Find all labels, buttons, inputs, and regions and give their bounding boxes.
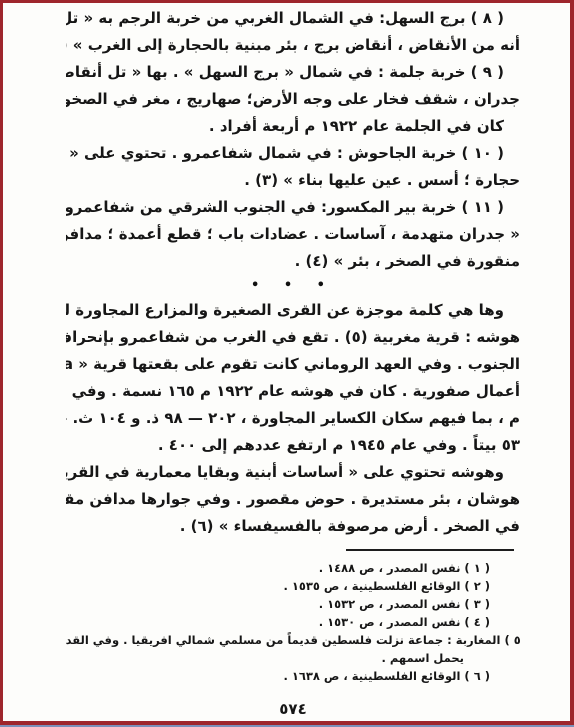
body-line: حجارة ؛ أسس . عين عليها بناء » (٣) .: [66, 167, 520, 194]
body-line: في الصخر . أرض مرصوفة بالفسيفساء » (٦) .: [66, 513, 520, 540]
footnotes-block: ( ١ ) نفس المصدر ، ص ١٤٨٨ . ( ٢ ) الوقائ…: [66, 559, 520, 685]
page-border-right: [570, 0, 574, 727]
body-line: وها هي كلمة موجزة عن القرى الصغيرة والمز…: [66, 297, 520, 324]
page-body: ( ٨ ) برج السهل: في الشمال الغربي من خرب…: [66, 5, 520, 720]
footnote-line: يحمل اسمهم .: [66, 649, 520, 667]
body-line: منقورة في الصخر ، بئر » (٤) .: [66, 248, 520, 275]
page-number: ٥٧٤: [66, 698, 520, 720]
page-border-left: [0, 0, 3, 727]
body-line: ( ١٠ ) خربة الجاحوش : في شمال شفاعمرو . …: [66, 140, 520, 167]
body-line: الجنوب . وفي العهد الروماني كانت تقوم عل…: [66, 351, 520, 378]
body-line: هوشان ، بئر مستديرة . حوض مقصور . وفي جو…: [66, 486, 520, 513]
footnote-line: ( ٣ ) نفس المصدر ، ص ١٥٣٢ .: [66, 595, 520, 613]
body-line: ( ٨ ) برج السهل: في الشمال الغربي من خرب…: [66, 5, 520, 32]
body-line: أعمال صفورية . كان في هوشه عام ١٩٢٢ م ١٦…: [66, 378, 520, 405]
footnote-line: ( ١ ) نفس المصدر ، ص ١٤٨٨ .: [66, 559, 520, 577]
page-border-top: [0, 0, 574, 3]
body-line: ٥٣ بيتاً . وفي عام ١٩٤٥ م ارتفع عددهم إل…: [66, 432, 520, 459]
footnote-divider: [346, 549, 514, 551]
body-line: ( ١١ ) خربة بير المكسور: في الجنوب الشرق…: [66, 194, 520, 221]
body-line: ( ٩ ) خربة جلمة : في شمال « برج السهل » …: [66, 59, 520, 86]
footnote-line: ( ٦ ) الوقائع الفلسطينية ، ص ١٦٣٨ .: [66, 667, 520, 685]
body-line: « جدران متهدمة ، آساسات . عضادات باب ؛ ق…: [66, 221, 520, 248]
body-line: وهوشه تحتوي على « أساسات أبنية وبقايا مع…: [66, 459, 520, 486]
body-line: أنه من الأنقاض ، أنقاض برج ، بئر مبنية ب…: [66, 32, 520, 59]
body-line: جدران ، شقف فخار على وجه الأرض؛ صهاريج ،…: [66, 86, 520, 113]
body-line: م ، بما فيهم سكان الكساير المجاورة ، ٢٠٢…: [66, 405, 520, 432]
body-line: هوشه : قرية مغربية (٥) . تقع في الغرب من…: [66, 324, 520, 351]
footnote-line: ( ٤ ) نفس المصدر ، ص ١٥٣٠ .: [66, 613, 520, 631]
footnote-line: ( ٥ ) المغاربة : جماعة نزلت فلسطين قديما…: [66, 631, 520, 649]
footnote-line: ( ٢ ) الوقائع الفلسطينية ، ص ١٥٣٥ .: [66, 577, 520, 595]
body-line: كان في الجلمة عام ١٩٢٢ م أربعة أفراد .: [66, 113, 520, 140]
section-separator-dots: • • •: [66, 277, 520, 295]
scanned-book-page: ( ٨ ) برج السهل: في الشمال الغربي من خرب…: [0, 0, 574, 727]
